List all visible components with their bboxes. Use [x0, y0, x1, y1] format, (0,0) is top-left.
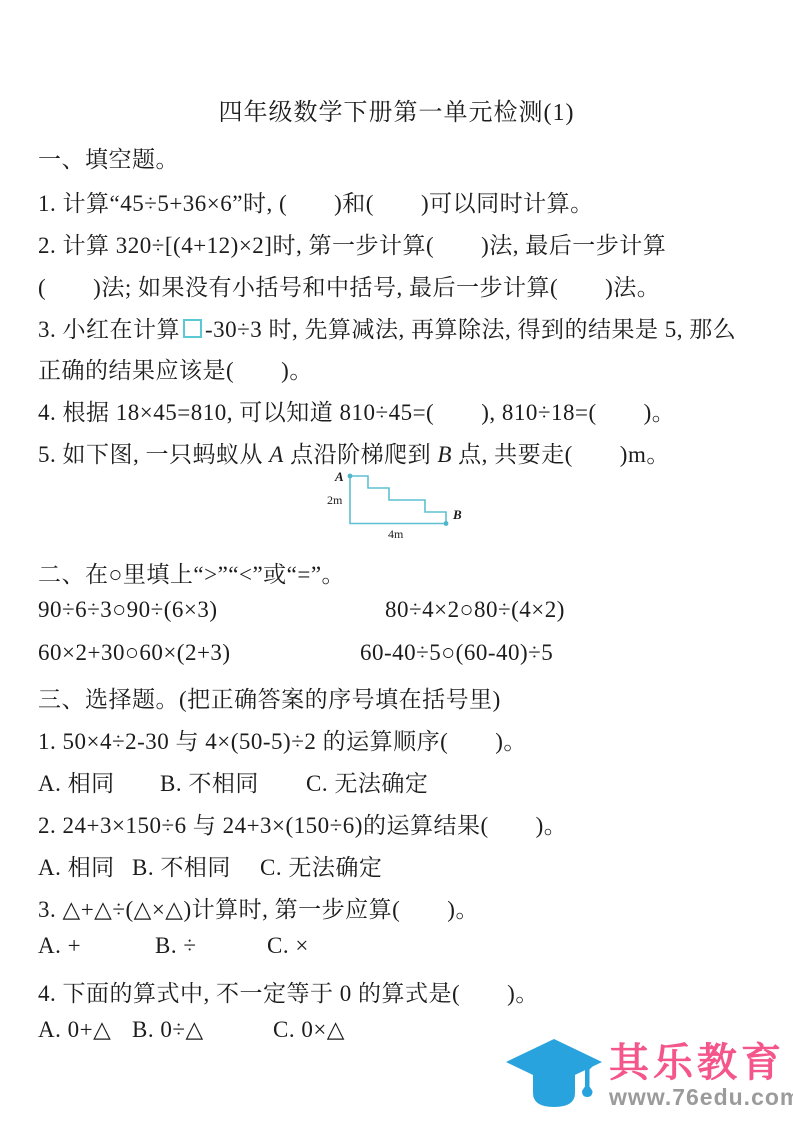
option-c: C. 无法确定	[306, 771, 428, 796]
fill-in-q4: 4. 根据 18×45=810, 可以知道 810÷45=( ), 810÷18…	[38, 394, 675, 427]
fill-in-q1: 1. 计算“45÷5+36×6”时, ( )和( )可以同时计算。	[38, 185, 594, 218]
compare-expr-1: 90÷6÷3○90÷(6×3)	[38, 597, 385, 623]
option-a: A. 相同	[38, 849, 132, 882]
point-a-label: A	[269, 442, 284, 467]
option-a: A. 相同	[38, 765, 160, 798]
graduation-cap-icon	[504, 1036, 606, 1116]
tassel-knob	[582, 1083, 593, 1097]
option-a: A. 0+△	[38, 1017, 132, 1043]
choice-q3: 3. △+△÷(△×△)计算时, 第一步应算( )。	[38, 891, 479, 924]
fill-in-q5-suffix: 点, 共要走( )m。	[452, 442, 670, 467]
compare-expr-3: 60×2+30○60×(2+3)	[38, 640, 360, 666]
choice-q3-options: A. +B. ÷C. ×	[38, 933, 309, 959]
choice-q2: 2. 24+3×150÷6 与 24+3×(150÷6)的运算结果( )。	[38, 807, 567, 840]
logo-brand-name: 其乐教育	[609, 1042, 793, 1084]
option-c: C. 无法确定	[260, 855, 382, 880]
fill-in-q2-line2: ( )法; 如果没有小括号和中括号, 最后一步计算( )法。	[38, 269, 660, 302]
fill-in-q3-line1: 3. 小红在计算-30÷3 时, 先算减法, 再算除法, 得到的结果是 5, 那…	[38, 311, 736, 344]
figure-staircase-path	[350, 476, 446, 524]
option-b: B. 不相同	[132, 849, 260, 882]
section-compare-heading: 二、在○里填上“>”“<”或“=”。	[38, 556, 345, 589]
compare-row-2: 60×2+30○60×(2+3)60-40÷5○(60-40)÷5	[38, 640, 553, 666]
cap-base	[533, 1073, 575, 1107]
option-b: B. 0÷△	[132, 1017, 273, 1043]
fill-in-q3-prefix: 3. 小红在计算	[38, 317, 180, 342]
logo-text-block: 其乐教育 www.76edu.com	[609, 1042, 793, 1111]
fill-in-q5-prefix: 5. 如下图, 一只蚂蚁从	[38, 442, 269, 467]
choice-q1: 1. 50×4÷2-30 与 4×(50-5)÷2 的运算顺序( )。	[38, 723, 527, 756]
choice-q2-options: A. 相同B. 不相同C. 无法确定	[38, 849, 382, 882]
watermark-logo: 其乐教育 www.76edu.com	[504, 1036, 793, 1116]
choice-q4-options: A. 0+△B. 0÷△C. 0×△	[38, 1017, 345, 1043]
figure-label-2m: 2m	[327, 493, 343, 507]
section-choice-heading: 三、选择题。(把正确答案的序号填在括号里)	[38, 681, 501, 714]
fill-in-q3-line2: 正确的结果应该是( )。	[38, 352, 313, 385]
page-title: 四年级数学下册第一单元检测(1)	[0, 92, 793, 127]
option-c: C. 0×△	[273, 1017, 345, 1042]
option-b: B. ÷	[155, 933, 267, 959]
logo-website: www.76edu.com	[609, 1084, 793, 1111]
figure-label-a: A	[334, 469, 344, 484]
figure-label-4m: 4m	[388, 527, 404, 541]
compare-expr-4: 60-40÷5○(60-40)÷5	[360, 640, 553, 665]
figure-label-b: B	[452, 507, 462, 522]
point-a-dot	[348, 474, 353, 479]
choice-q1-options: A. 相同B. 不相同C. 无法确定	[38, 765, 428, 798]
option-c: C. ×	[267, 933, 309, 958]
blank-square-icon	[183, 319, 202, 338]
option-b: B. 不相同	[160, 765, 306, 798]
compare-expr-2: 80÷4×2○80÷(4×2)	[385, 597, 565, 622]
section-fill-in-heading: 一、填空题。	[38, 141, 179, 174]
fill-in-q2-line1: 2. 计算 320÷[(4+12)×2]时, 第一步计算( )法, 最后一步计算	[38, 227, 666, 260]
staircase-svg: A 2m 4m B	[326, 462, 476, 542]
point-b-dot	[444, 521, 449, 526]
compare-row-1: 90÷6÷3○90÷(6×3)80÷4×2○80÷(4×2)	[38, 597, 565, 623]
fill-in-q3-suffix: -30÷3 时, 先算减法, 再算除法, 得到的结果是 5, 那么	[205, 317, 736, 342]
choice-q4: 4. 下面的算式中, 不一定等于 0 的算式是( )。	[38, 975, 539, 1008]
option-a: A. +	[38, 933, 155, 959]
worksheet-page: 四年级数学下册第一单元检测(1) 一、填空题。 1. 计算“45÷5+36×6”…	[0, 0, 793, 1122]
staircase-figure: A 2m 4m B	[326, 462, 476, 547]
